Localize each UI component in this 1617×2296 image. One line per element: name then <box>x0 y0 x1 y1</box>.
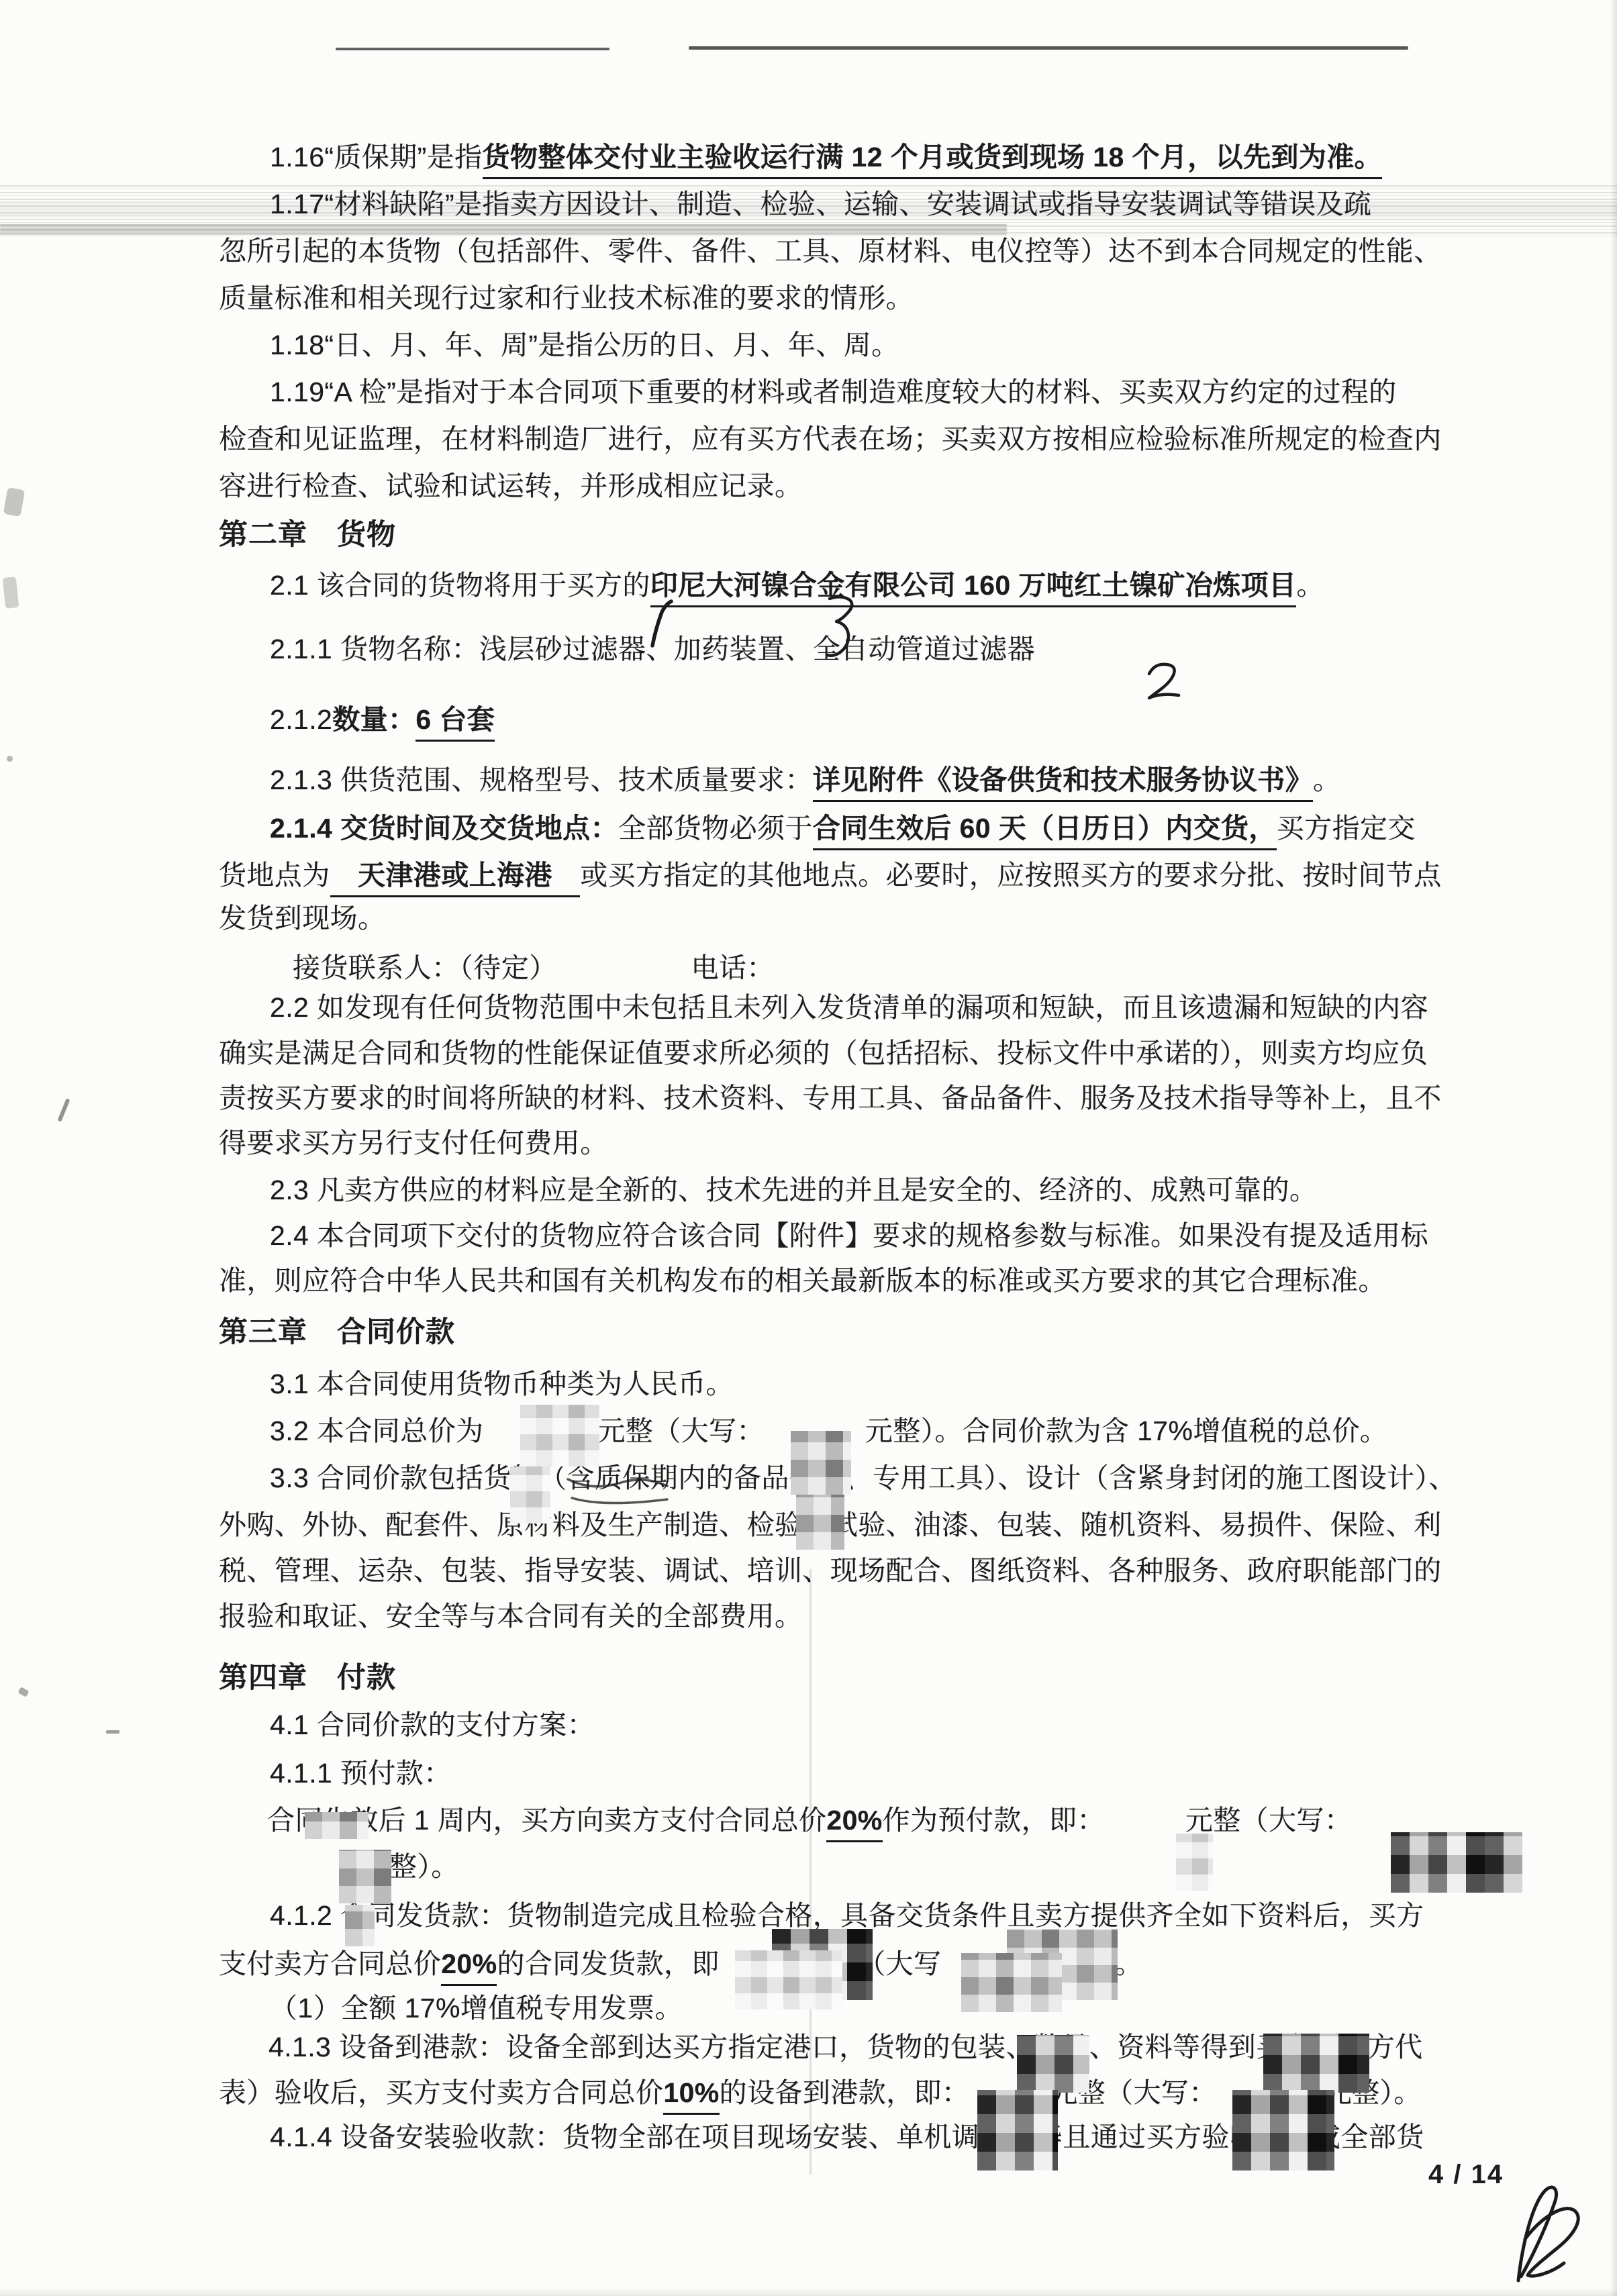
handwritten-mark-1 <box>652 601 671 646</box>
contract-scan-page: 1.16“质保期”是指货物整体交付业主验收运行满 12 个月或货到现场 18 个… <box>0 0 1617 2296</box>
handwritten-scribble <box>568 1479 667 1487</box>
handwritten-signature <box>1518 2187 1578 2281</box>
page-number: 4 / 14 <box>1428 2160 1504 2190</box>
handwritten-mark-3 <box>827 597 852 655</box>
handwritten-scribble <box>572 1498 667 1503</box>
handwriting-layer <box>0 0 1617 2296</box>
handwritten-mark-2 <box>1149 664 1179 698</box>
